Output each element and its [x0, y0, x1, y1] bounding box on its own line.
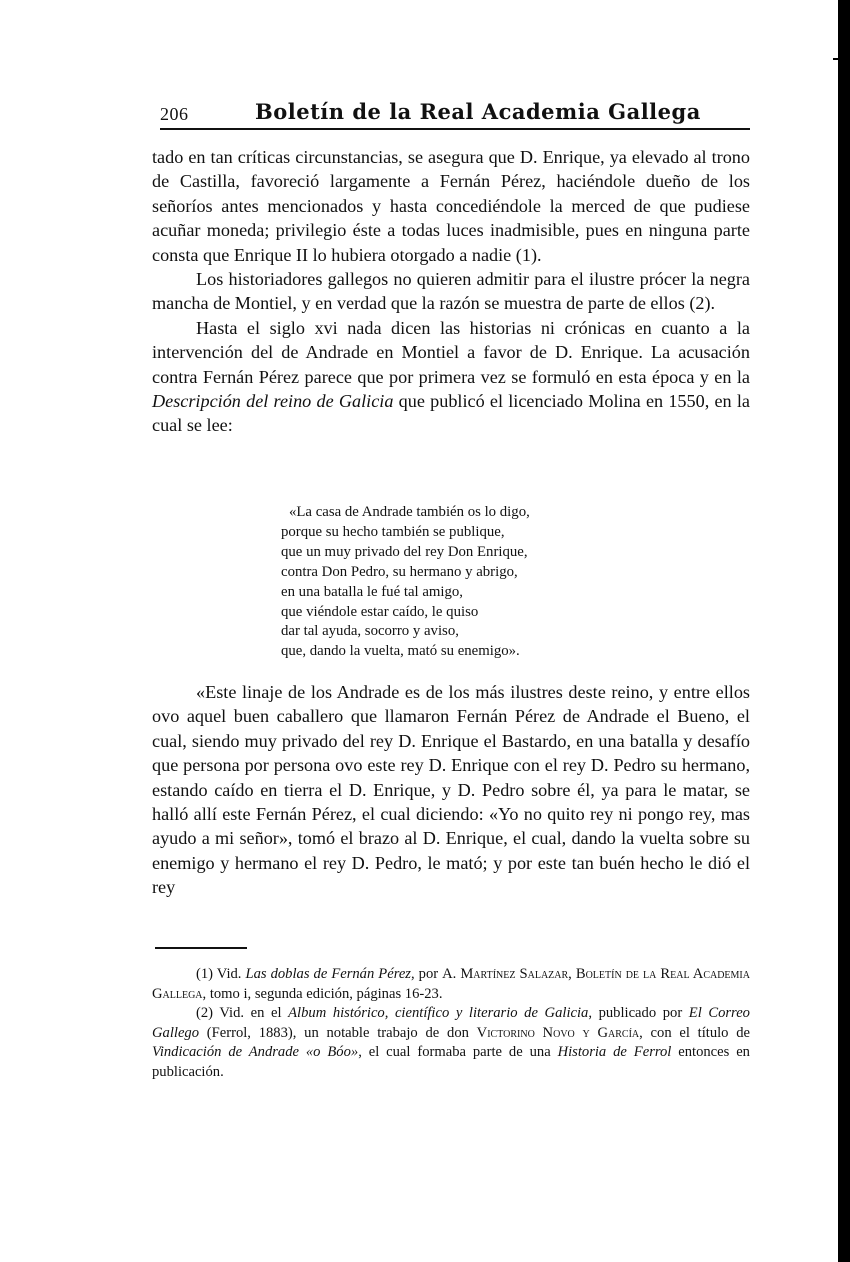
prose-quote: «Este linaje de los Andrade es de los má… [152, 680, 750, 900]
header-rule [160, 128, 750, 130]
body-text: tado en tan críticas circunstancias, se … [152, 145, 750, 438]
verse-line: «La casa de Andrade también os lo digo, [281, 503, 530, 523]
quote-paragraph: «Este linaje de los Andrade es de los má… [152, 680, 750, 900]
footnotes: (1) Vid. Las doblas de Fernán Pérez, por… [152, 965, 750, 1083]
verse-line: que, dando la vuelta, mató su enemigo». [281, 642, 530, 662]
verse-line: que viéndole estar caído, le quiso [281, 603, 530, 623]
paragraph-2: Los historiadores gallegos no quieren ad… [152, 267, 750, 316]
verse-line: en una batalla le fué tal amigo, [281, 583, 530, 603]
running-title: Boletín de la Real Academia Gallega [255, 99, 701, 124]
footnote-rule [155, 947, 247, 949]
verse-line: porque su hecho también se publique, [281, 523, 530, 543]
scan-edge-mark [833, 58, 838, 60]
footnote-1: (1) Vid. Las doblas de Fernán Pérez, por… [152, 965, 750, 1004]
paragraph-3: Hasta el siglo xvi nada dicen las histor… [152, 316, 750, 438]
verse-quote: «La casa de Andrade también os lo digo, … [281, 503, 530, 662]
verse-line: contra Don Pedro, su hermano y abrigo, [281, 563, 530, 583]
footnote-2: (2) Vid. en el Album histórico, científi… [152, 1004, 750, 1082]
verse-line: que un muy privado del rey Don Enrique, [281, 543, 530, 563]
paragraph-1: tado en tan críticas circunstancias, se … [152, 145, 750, 267]
book-title: Descripción del reino de Galicia [152, 391, 393, 411]
page-header: 206 Boletín de la Real Academia Gallega [160, 96, 750, 130]
scan-edge-bar [838, 0, 850, 1262]
page-number: 206 [160, 104, 189, 125]
verse-line: dar tal ayuda, socorro y aviso, [281, 622, 530, 642]
